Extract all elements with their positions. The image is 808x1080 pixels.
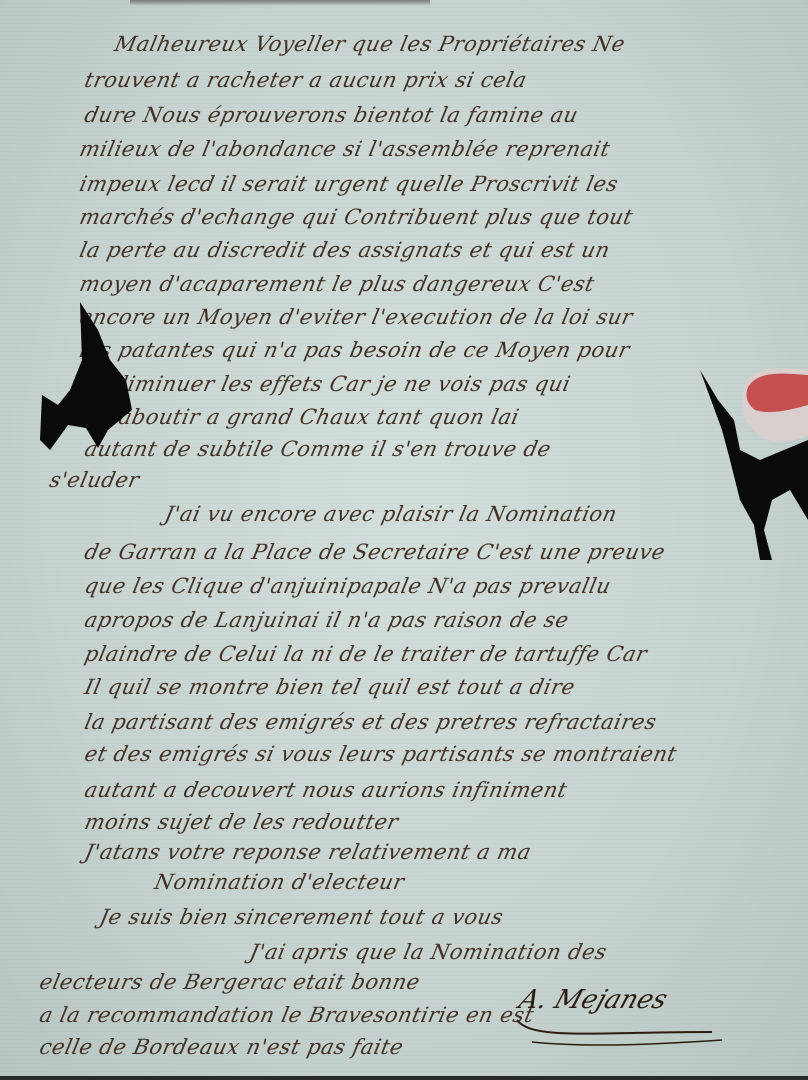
- page-top-shadow: [130, 0, 430, 6]
- text-line-13: autant de subtile Comme il s'en trouve d…: [82, 437, 553, 461]
- text-line-22: et des emigrés si vous leurs partisants …: [82, 742, 679, 766]
- text-line-26: Nomination d'electeur: [152, 870, 406, 894]
- text-line-6: marchés d'echange qui Contribuent plus q…: [77, 205, 635, 229]
- text-line-11: en diminuer les effets Car je ne vois pa…: [77, 372, 572, 396]
- wax-seal-fragment: [740, 365, 808, 445]
- paper-hole-left: [38, 300, 138, 450]
- text-line-7: la perte au discredit des assignats et q…: [77, 238, 612, 262]
- page-bottom-edge: [0, 1076, 808, 1080]
- text-line-17: que les Clique d'anjuinipapale N'a pas p…: [82, 574, 613, 598]
- text-line-9: encore un Moyen d'eviter l'execution de …: [77, 305, 635, 329]
- text-line-2: trouvent a racheter a aucun prix si cela: [82, 68, 529, 92]
- text-line-19: plaindre de Celui la ni de le traiter de…: [82, 642, 649, 666]
- text-line-24: moins sujet de les redoutter: [82, 810, 400, 834]
- text-line-25: J'atans votre reponse relativement a ma: [82, 840, 533, 864]
- text-line-27: Je suis bien sincerement tout a vous: [97, 905, 505, 929]
- text-line-5: impeux lecd il serait urgent quelle Pros…: [77, 172, 620, 196]
- text-line-8: moyen d'acaparement le plus dangereux C'…: [77, 272, 596, 296]
- text-line-1: Malheureux Voyeller que les Propriétaire…: [112, 32, 627, 56]
- text-line-3: dure Nous éprouverons bientot la famine …: [82, 103, 580, 127]
- text-line-15: J'ai vu encore avec plaisir la Nominatio…: [162, 502, 619, 526]
- text-line-21: la partisant des emigrés et des pretres …: [82, 710, 658, 734]
- text-line-28: J'ai apris que la Nomination des: [247, 940, 609, 964]
- text-line-31: celle de Bordeaux n'est pas faite: [37, 1035, 405, 1059]
- text-line-16: de Garran a la Place de Secretaire C'est…: [82, 540, 667, 564]
- text-line-30: a la recommandation le Bravesontirie en …: [37, 1003, 536, 1027]
- signature-flourish: [512, 1010, 732, 1050]
- text-line-29: electeurs de Bergerac etait bonne: [37, 970, 422, 994]
- text-line-14: s'eluder: [47, 468, 141, 492]
- text-line-18: apropos de Lanjuinai il n'a pas raison d…: [82, 608, 571, 632]
- text-line-12: en aboutir a grand Chaux tant quon lai: [82, 405, 521, 429]
- text-line-10: les patantes qui n'a pas besoin de ce Mo…: [77, 338, 632, 362]
- text-line-4: milieux de l'abondance si l'assemblée re…: [77, 137, 612, 161]
- text-line-20: Il quil se montre bien tel quil est tout…: [82, 675, 577, 699]
- text-line-23: autant a decouvert nous aurions infinime…: [82, 778, 569, 802]
